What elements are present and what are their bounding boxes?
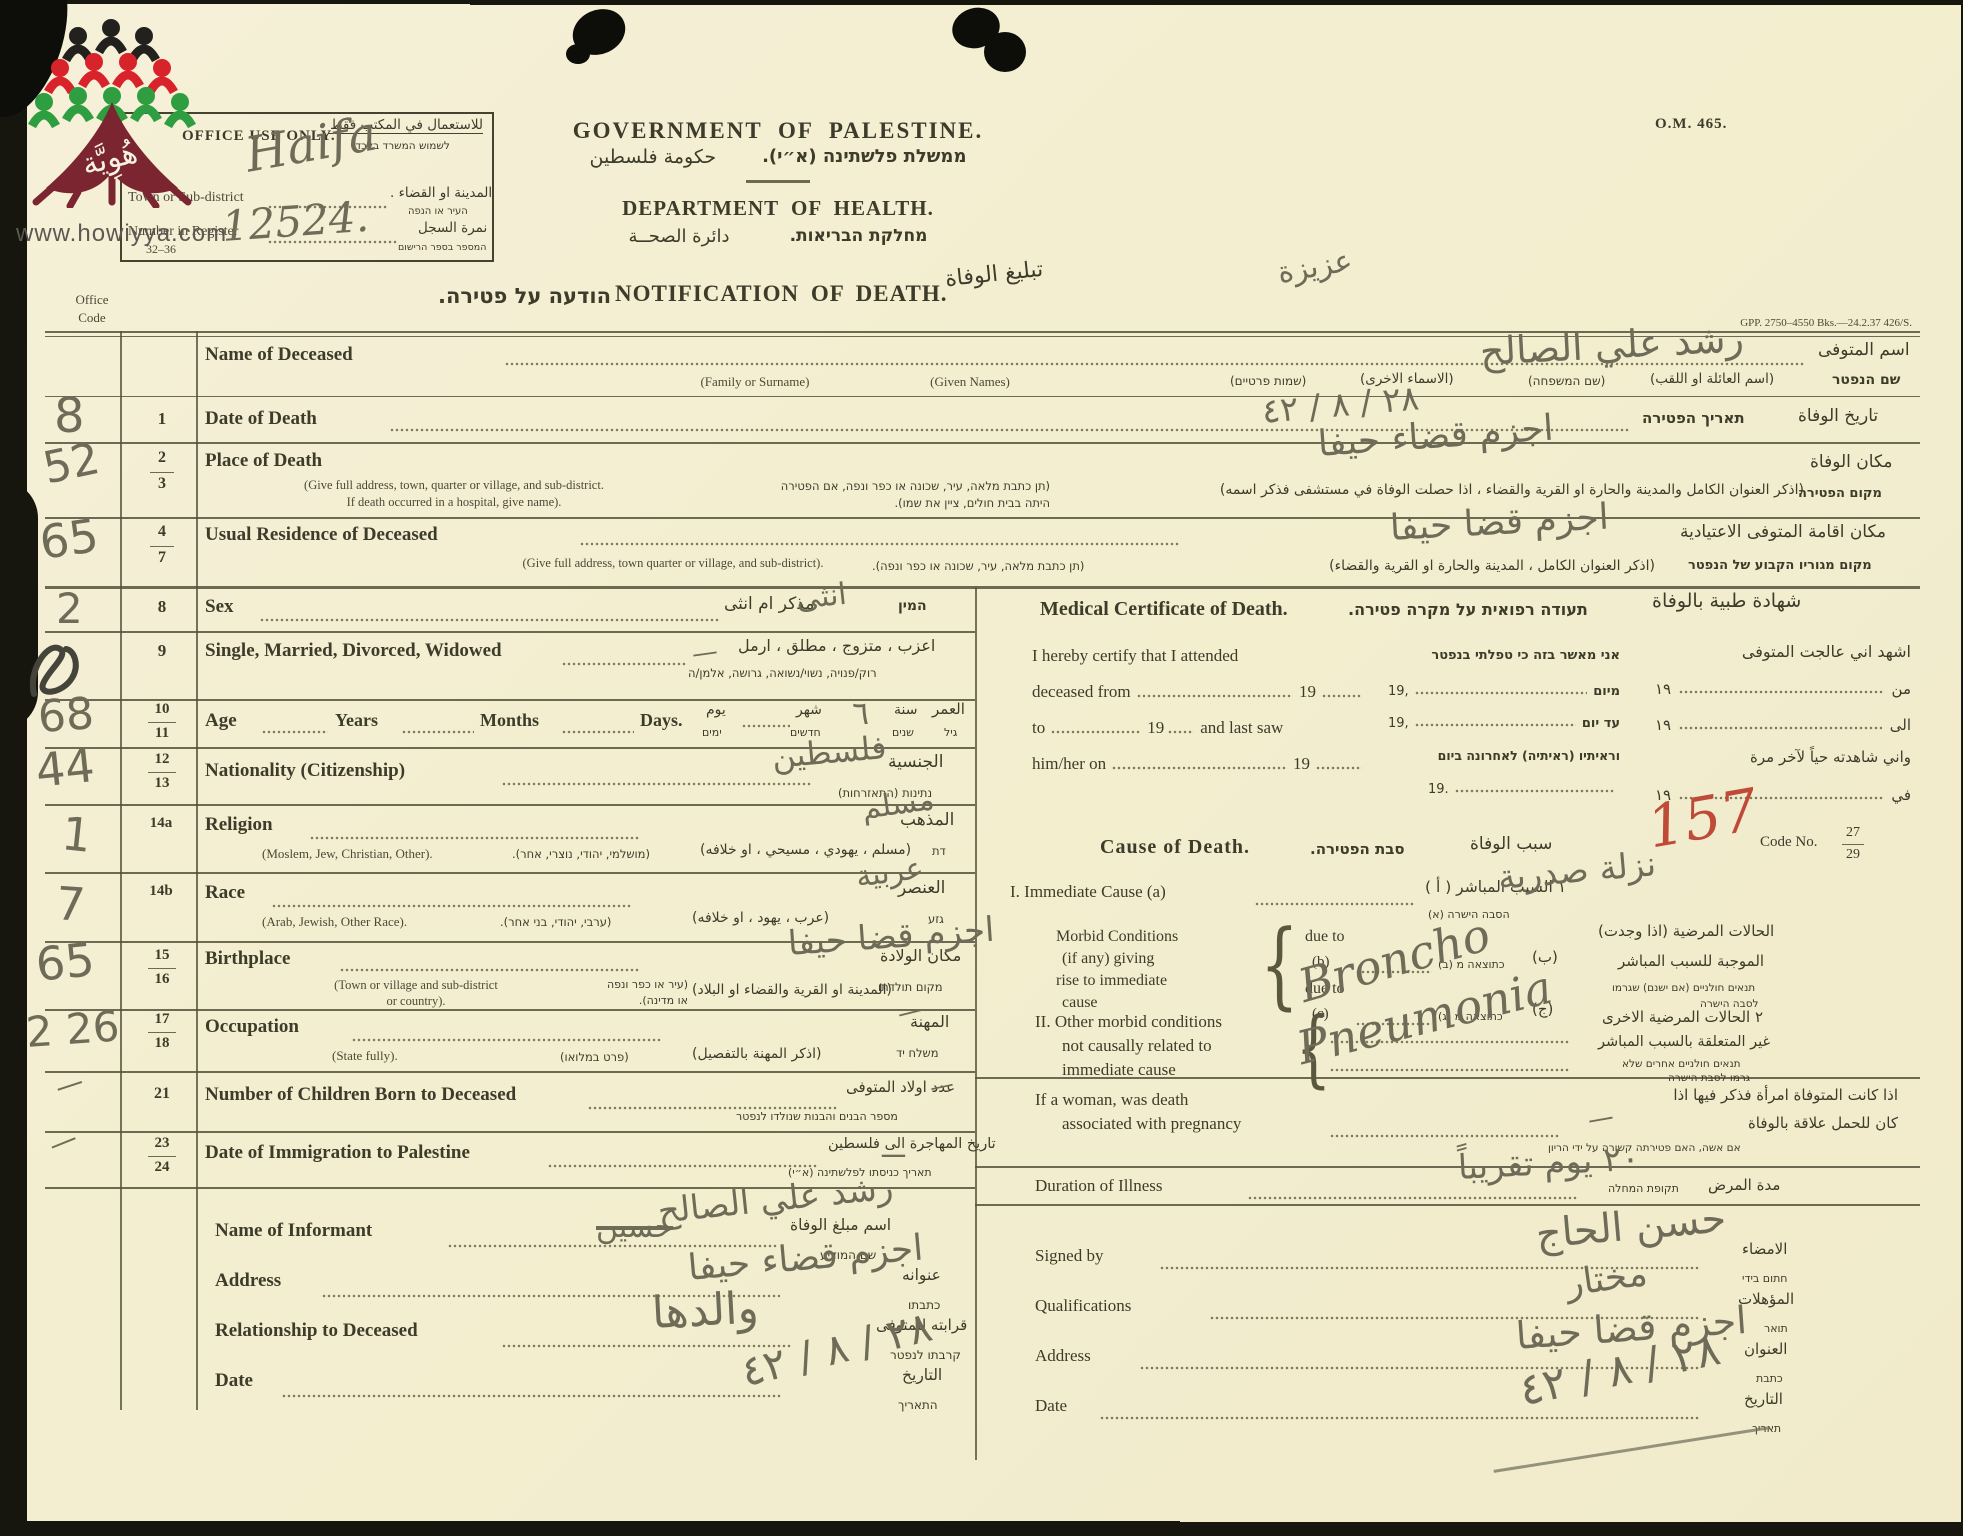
- row-immigration-label: Date of Immigration to Palestine: [205, 1142, 470, 1164]
- row-age-months: Months: [480, 710, 539, 731]
- row-nationality-label-ar: الجنسية: [888, 752, 943, 772]
- department-title: DEPARTMENT OF HEALTH.: [478, 196, 1078, 221]
- certify-deceased-from: deceased from: [1032, 682, 1131, 702]
- certify-last-saw: and last saw: [1200, 718, 1283, 738]
- government-title: GOVERNMENT OF PALESTINE.: [478, 118, 1078, 144]
- morbid-conditions-ar-1: الحالات المرضية (اذا وجدت): [1598, 922, 1774, 940]
- signed-by-label-ar: الامضاء: [1742, 1240, 1787, 1258]
- other-morbid-he-1: תנאים חולניים אחרים שלא: [1622, 1058, 1741, 1070]
- masthead-divider: [746, 180, 810, 183]
- duration-label-he: תקופת המחלה: [1608, 1182, 1679, 1195]
- rownum-14a: 14a: [138, 816, 184, 831]
- row-immigration-label-ar: تاريخ المهاجرة الى فلسطين: [828, 1136, 996, 1152]
- row-death-place-label-he: מקום הפטירה: [1798, 486, 1882, 501]
- row-death-place-label-ar: مكان الوفاة: [1810, 452, 1892, 472]
- other-morbid-ar-1: ٢ الحالات المرضية الاخرى: [1602, 1008, 1763, 1026]
- row-race-label: Race: [205, 882, 245, 904]
- certify-he-4: וראיתיו (ראיתיה) לאחרונה ביום: [1388, 748, 1620, 763]
- town-subdistrict-label-ar: المدينة او القضاء .: [390, 185, 492, 201]
- morbid-conditions-ar-2: الموجبة للسبب المباشر: [1618, 952, 1764, 970]
- row-children-label-he: מספר הבנים והבנות שנולדו לנפטר: [736, 1110, 898, 1123]
- row-age-label-he: גיל: [944, 726, 957, 739]
- logo-people-black: [66, 19, 156, 60]
- qualifications-label: Qualifications: [1035, 1296, 1131, 1316]
- row-name-label-he: שם הנפטר: [1832, 372, 1900, 388]
- government-title-he: ממשלת פלשתינה (א״י).: [762, 146, 966, 168]
- row-name-sub-ar-family: (اسم العائلة او اللقب): [1650, 371, 1774, 387]
- rownum-16: 16: [142, 972, 182, 987]
- row-nationality-line: [502, 782, 812, 786]
- other-morbid-ar-2: غير المتعلقة بالسبب المباشر: [1598, 1034, 1770, 1050]
- rownum-17: 17: [142, 1012, 182, 1027]
- department-title-he: מחלקת הבריאות.: [790, 226, 928, 247]
- certify-19-b: 19: [1147, 718, 1164, 738]
- medical-title-ar: شهادة طبية بالوفاة: [1652, 590, 1801, 612]
- binder-hole-mark-left-2: [566, 44, 590, 64]
- row-age-line-3: [562, 730, 634, 734]
- rownum-4: 4: [142, 524, 182, 540]
- certify-he-3-dots: [1415, 723, 1576, 727]
- rownum-47-line: [150, 546, 174, 547]
- row-occupation-label: Occupation: [205, 1016, 299, 1038]
- certify-ar-2-dots: [1679, 690, 1883, 694]
- certify-he-19-b: ,19: [1388, 716, 1409, 731]
- row-age-line-4: [742, 724, 790, 728]
- due-to-b-label: due to: [1305, 928, 1345, 946]
- row-residence-line: [580, 542, 1180, 546]
- rownum-15: 15: [142, 948, 182, 963]
- certify-he-3: עד יום ,19: [1388, 716, 1620, 731]
- pregnancy-label-ar-2: كان للحمل علاقة بالوفاة: [1478, 1114, 1898, 1132]
- row-race-sub-en: (Arab, Jewish, Other Race).: [262, 914, 407, 930]
- pregnancy-value: —: [1585, 1102, 1616, 1136]
- certify-him-her: him/her on: [1032, 754, 1106, 774]
- informant-address-label: Address: [215, 1270, 281, 1292]
- informant-relationship-label: Relationship to Deceased: [215, 1320, 418, 1342]
- other-morbid-line-2: [1330, 1068, 1570, 1072]
- row-marital-label: Single, Married, Divorced, Widowed: [205, 640, 502, 662]
- immediate-cause-line: [1255, 902, 1415, 906]
- row-age-label: Age: [205, 710, 237, 732]
- certify-19-a: 19: [1299, 682, 1316, 702]
- medical-title-he: תעודה רפואית על מקרה פטירה.: [1348, 600, 1588, 619]
- cause-code-label: Code No.: [1760, 834, 1818, 851]
- number-column-line: [196, 331, 198, 1410]
- rownum-21: 21: [142, 1086, 182, 1102]
- rule-row9: [45, 699, 975, 701]
- rownum-1011-line: [148, 722, 176, 723]
- row-age-value: ٦: [852, 694, 869, 732]
- doctor-date-label: Date: [1035, 1396, 1067, 1416]
- row-religion-sub-he: (מושלמי, יהודי, נוצרי, אחר).: [512, 847, 650, 861]
- code-religion: 1: [59, 806, 94, 863]
- row-sex-label-he: המין: [898, 598, 927, 614]
- other-morbid-he-2: גרמו לסבת הישרה: [1668, 1072, 1750, 1084]
- row-occupation-sub-he: (פרט במלואו): [560, 1050, 629, 1064]
- row-sex-line: [260, 618, 720, 622]
- rule-row1-bottom: [45, 442, 1920, 444]
- rownum-23: 23: [142, 1136, 182, 1151]
- rownum-8: 8: [142, 598, 182, 615]
- informant-relationship-value: والدها: [651, 1282, 760, 1339]
- certify-ar-3-dots: [1679, 726, 1882, 730]
- certify-line-2-dots2: [1322, 694, 1362, 698]
- scan-edge-top: [470, 0, 1963, 5]
- rownum-2: 2: [142, 450, 182, 466]
- row-birthplace-label: Birthplace: [205, 948, 291, 970]
- row-birthplace-sub-en-1: (Town or village and sub-district: [298, 978, 534, 993]
- qualifications-label-he: תואר: [1764, 1322, 1788, 1335]
- rownum-1718-line: [148, 1032, 176, 1033]
- pregnancy-label-1: If a woman, was death: [1035, 1090, 1188, 1110]
- duration-label: Duration of Illness: [1035, 1176, 1162, 1196]
- medical-title: Medical Certificate of Death.: [1040, 598, 1288, 621]
- department-title-ar: دائرة الصحــة: [629, 226, 730, 247]
- certify-line-3-dots: [1051, 730, 1141, 734]
- row-death-place-sub-he-2: היתה בבית חולים, ציין את שמו).: [650, 496, 1050, 510]
- row-residence-sub-ar: (اذكر العنوان الكامل ، المدينة والحارة ا…: [1185, 558, 1655, 574]
- row-death-place-sub-ar: (اذكر العنوان الكامل والمدينة والحارة او…: [1052, 482, 1804, 498]
- row-religion-label-he: דת: [932, 844, 946, 858]
- row-marital-line: [562, 662, 687, 666]
- rownum-1516-line: [148, 968, 176, 969]
- informant-date-label-he: התאריך: [898, 1398, 938, 1412]
- certify-he-5: .19: [1428, 782, 1620, 797]
- watermark-url: www.howiyya.com: [16, 220, 227, 248]
- row-residence-label-ar: مكان اقامة المتوفى الاعتيادية: [1680, 522, 1886, 542]
- cause-of-death-title-ar: سبب الوفاة: [1470, 834, 1552, 854]
- rownum-10: 10: [142, 702, 182, 717]
- row-religion-sub-en: (Moslem, Jew, Christian, Other).: [262, 846, 433, 862]
- scan-edge-bottom-right: [1180, 1529, 1963, 1536]
- row-name-sub-given: (Given Names): [890, 374, 1050, 390]
- town-subdistrict-label-he: העיר או הנפה: [408, 206, 468, 217]
- rule-row1213: [45, 804, 975, 806]
- rownum-13: 13: [142, 776, 182, 791]
- row-age-label-ar: العمر: [932, 700, 965, 718]
- pregnancy-label-2: associated with pregnancy: [1062, 1114, 1241, 1134]
- morbid-conditions-he-1: תנאים חולניים (אם ישנם) שגרמו: [1612, 982, 1755, 994]
- row-age-line-2: [402, 730, 474, 734]
- row-name-label: Name of Deceased: [205, 344, 353, 366]
- code-residence: 65: [36, 508, 101, 570]
- rule-row1718: [45, 1071, 975, 1073]
- duration-label-ar: مدة المرض: [1708, 1176, 1780, 1194]
- register-number-label-he: המספר בספר הרישום: [398, 242, 486, 253]
- row-birthplace-sub-he-1: (עיר או כפר ונפה: [548, 978, 688, 991]
- certify-ar-19-a: ١٩: [1655, 680, 1671, 698]
- row-death-place-sub-en-1: (Give full address, town, quarter or vil…: [258, 478, 650, 493]
- row-immigration-line: [548, 1164, 818, 1168]
- doctor-address-label-he: כתבת: [1756, 1372, 1783, 1385]
- office-code-header-2: Code: [62, 310, 122, 326]
- morbid-conditions-4: cause: [1062, 994, 1098, 1012]
- certify-he-19-c: .19: [1428, 782, 1449, 797]
- certify-ar-from: من: [1892, 680, 1911, 698]
- row-death-place-sub-en-2: If death occurred in a hospital, give na…: [258, 495, 650, 510]
- qualifications-label-ar: المؤهلات: [1738, 1290, 1794, 1308]
- rownum-1213-line: [148, 772, 176, 773]
- certify-line-2-dots: [1137, 694, 1293, 698]
- row-marital-value: —: [690, 637, 720, 670]
- row-age-day-he: ימים: [702, 726, 722, 739]
- certify-line-2: deceased from 19: [1032, 682, 1362, 702]
- row-death-place-label: Place of Death: [205, 450, 322, 472]
- row-immigration-value: ـــ: [882, 1134, 905, 1164]
- certify-to: to: [1032, 718, 1045, 738]
- rule-row8: [45, 631, 975, 633]
- register-number-value: 12524.: [220, 192, 370, 251]
- rule-row23-bottom: [45, 517, 1920, 519]
- certify-he-1: אני מאשר בזה כי טפלתי בנפטר: [1388, 648, 1620, 663]
- certify-line-4: him/her on 19: [1032, 754, 1362, 774]
- other-morbid-3: immediate cause: [1062, 1060, 1176, 1080]
- row-birthplace-sub-ar: (المدينة او القرية والقضاء او البلاد): [692, 982, 892, 998]
- morbid-conditions-1: Morbid Conditions: [1056, 928, 1178, 946]
- morbid-conditions-2: (if any) giving: [1062, 950, 1154, 968]
- certify-ar-1: اشهد اني عالجت المتوفى: [1655, 642, 1911, 661]
- scanned-death-notification-form: هُوِيَّة www.howiyya.com OFFICE USE ONLY…: [0, 0, 1963, 1536]
- immediate-cause-label: I. Immediate Cause (a): [1010, 882, 1166, 902]
- doctor-date-label-ar: التاريخ: [1744, 1390, 1783, 1408]
- certify-ar-3: الى ١٩: [1655, 716, 1911, 734]
- row-birthplace-label-he: מקום תולדתו: [878, 980, 943, 994]
- code-nationality: 44: [33, 738, 97, 798]
- scan-edge-bottom: [0, 1521, 1180, 1536]
- rownum-14b: 14b: [138, 884, 184, 899]
- code-column-line: [120, 331, 122, 1410]
- rule-row14a: [45, 872, 975, 874]
- row-children-label: Number of Children Born to Deceased: [205, 1084, 516, 1106]
- government-title-bilingual: حكومة فلسطين ממשלת פלשתינה (א״י).: [478, 146, 1078, 168]
- certify-he-until-day: עד יום: [1582, 716, 1620, 731]
- cause-code-top: 27: [1838, 826, 1868, 840]
- certify-ar-at: في: [1891, 786, 1911, 804]
- doctor-date-line: [1100, 1416, 1700, 1420]
- row-sex-value: انثى: [794, 577, 848, 617]
- rule-row47-bottom: [45, 586, 1920, 589]
- code-birthplace: 65: [33, 932, 97, 992]
- row-age-days: Days.: [640, 710, 683, 731]
- certify-line-1: I hereby certify that I attended: [1032, 646, 1238, 666]
- row-birthplace-line: [340, 968, 640, 972]
- rownum-3: 3: [142, 476, 182, 492]
- certify-line-4-dots2: [1316, 766, 1362, 770]
- certify-he-from-day: מיום: [1593, 684, 1620, 699]
- rownum-1: 1: [142, 410, 182, 427]
- rule-row1516: [45, 1009, 975, 1011]
- row-age-day-ar: يوم: [706, 702, 726, 718]
- row-occupation-sub-ar: (اذكر المهنة بالتفصيل): [692, 1046, 821, 1062]
- rownum-18: 18: [142, 1036, 182, 1051]
- row-age-year-he: שנים: [892, 726, 914, 739]
- row-marital-label-he: רוק/פנויה, נשוי/נשואה, גרושה, אלמן/ה: [688, 666, 877, 680]
- form-title-he: הודעה על פטירה.: [438, 284, 611, 308]
- signed-by-label: Signed by: [1035, 1246, 1103, 1266]
- certify-line-3-dots2: [1168, 730, 1194, 734]
- duration-line: [1248, 1196, 1578, 1200]
- signed-by-label-he: חתום בידי: [1742, 1272, 1788, 1285]
- row-death-date-label: Date of Death: [205, 408, 317, 430]
- row-sex-label: Sex: [205, 596, 234, 618]
- row-residence-label: Usual Residence of Deceased: [205, 524, 438, 546]
- binder-hole-mark-right-2: [984, 32, 1026, 72]
- department-title-bilingual: دائرة الصحــة מחלקת הבריאות.: [478, 226, 1078, 247]
- row-religion-label: Religion: [205, 814, 273, 836]
- code-marital-scribble: [26, 636, 86, 702]
- other-morbid-1: II. Other morbid conditions: [1035, 1012, 1222, 1032]
- row-name-label-ar: اسم المتوفى: [1818, 340, 1910, 360]
- rownum-11: 11: [142, 726, 182, 741]
- pregnancy-line: [1330, 1134, 1560, 1138]
- doctor-address-label-ar: العنوان: [1744, 1340, 1787, 1358]
- rule-duration-bottom: [975, 1204, 1920, 1206]
- cause-of-death-title-he: סבת הפטירה.: [1310, 840, 1405, 858]
- rownum-23-line: [150, 472, 174, 473]
- rownum-24: 24: [142, 1160, 182, 1175]
- row-name-sub-he-given: (שמות פרטיים): [1230, 374, 1306, 388]
- row-occupation-sub-en: (State fully).: [332, 1048, 398, 1064]
- row-occupation-line: [352, 1038, 662, 1042]
- row-nationality-label: Nationality (Citizenship): [205, 760, 405, 782]
- row-race-line: [272, 904, 632, 908]
- cause-code-bottom: 29: [1838, 848, 1868, 862]
- cause-code-line: [1842, 844, 1864, 845]
- om-number: O.M. 465.: [1655, 116, 1727, 133]
- certify-19-c: 19: [1293, 754, 1310, 774]
- row-death-place-sub-he-1: (תן כתבת מלאה, עיר, שכונה או כפר ונפה, א…: [650, 479, 1050, 493]
- row-marital-label-ar: اعزب ، متزوج ، مطلق ، ارمل: [738, 636, 935, 655]
- row-age-year-ar: سنة: [894, 702, 917, 718]
- rule-pregnancy-bottom: [975, 1166, 1920, 1168]
- register-number-label-ar: نمرة السجل: [418, 220, 487, 236]
- medical-panel-divider: [975, 587, 977, 1460]
- row-birthplace-sub-he-2: או מדינה).: [548, 994, 688, 1007]
- certify-he-19-a: ,19: [1388, 684, 1409, 699]
- row-death-date-label-ar: تاريخ الوفاة: [1798, 406, 1878, 426]
- certify-ar-19-b: ١٩: [1655, 716, 1671, 734]
- row-occupation-label-he: משלח יד: [896, 1046, 939, 1060]
- certify-line-3: to 19 and last saw: [1032, 718, 1362, 738]
- pregnancy-label-ar-1: اذا كانت المتوفاة امرأة فذكر فيها اذا: [1478, 1086, 1898, 1104]
- logo-trunk: هُوِيَّة: [36, 102, 188, 206]
- row-death-date-label-he: תאריך הפטירה: [1642, 409, 1745, 427]
- code-race: 7: [54, 876, 87, 932]
- rownum-2324-line: [148, 1156, 176, 1157]
- row-name-sub-he-family: (שם המשפחה): [1528, 374, 1605, 388]
- row-residence-sub-he: (תן כתבת מלאה, עיר, שכונה או כפר ונפה).: [872, 559, 1084, 573]
- code-sex: 2: [56, 584, 83, 633]
- informant-date-label: Date: [215, 1370, 253, 1392]
- other-morbid-2: not causally related to: [1062, 1036, 1212, 1056]
- rownum-7: 7: [142, 550, 182, 566]
- doctor-address-label: Address: [1035, 1346, 1091, 1366]
- form-title: NOTIFICATION OF DEATH.: [615, 281, 948, 307]
- row-name-sub-family: (Family or Surname): [655, 374, 855, 390]
- row-residence-sub-en: (Give full address, town quarter or vill…: [478, 556, 868, 571]
- row-residence-label-he: מקום מגוריו הקבוע של הנפטר: [1688, 558, 1872, 573]
- certify-line-4-dots: [1112, 766, 1287, 770]
- row-age-month-ar: شهر: [796, 702, 822, 718]
- certify-ar-to: الى: [1890, 716, 1911, 734]
- code-occupation: 26 2: [24, 1002, 121, 1057]
- row-birthplace-sub-en-2: or country).: [298, 994, 534, 1009]
- informant-date-label-ar: التاريخ: [902, 1366, 942, 1384]
- rule-row21: [45, 1131, 975, 1133]
- rownum-12: 12: [142, 752, 182, 767]
- howiyya-tree-logo: هُوِيَّة: [8, 16, 218, 208]
- certify-ar-4: واني شاهدته حياً لآخر مرة: [1655, 748, 1911, 766]
- row-race-sub-he: (ערבי, יהודי, בני אחר).: [500, 915, 611, 929]
- cause-of-death-title: Cause of Death.: [1100, 836, 1250, 859]
- row-age-years: Years: [335, 710, 378, 731]
- informant-date-line: [282, 1394, 782, 1398]
- certify-he-5-dots: [1455, 789, 1614, 793]
- certify-he-2-dots: [1415, 691, 1588, 695]
- row-religion-line: [310, 836, 640, 840]
- rownum-9: 9: [142, 642, 182, 659]
- government-title-ar: حكومة فلسطين: [590, 146, 717, 168]
- office-code-header-1: Office: [62, 292, 122, 308]
- certify-ar-2: من ١٩: [1655, 680, 1911, 698]
- rule-name-bottom: [45, 396, 1920, 397]
- certify-he-2: מיום ,19: [1388, 684, 1620, 699]
- morbid-conditions-3: rise to immediate: [1056, 972, 1167, 990]
- row-age-line-1: [262, 730, 328, 734]
- informant-name-label: Name of Informant: [215, 1220, 372, 1242]
